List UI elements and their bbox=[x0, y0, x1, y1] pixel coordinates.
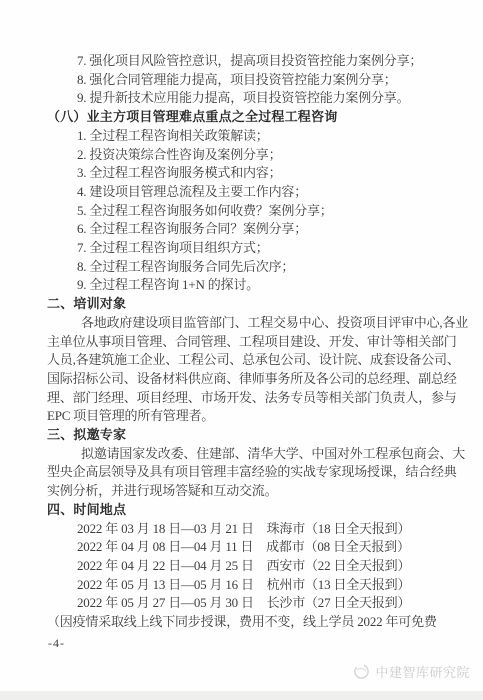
page-bottom-edge bbox=[0, 691, 483, 700]
paragraph-line: 各地政府建设项目监管部门、工程交易中心、投资项目评审中心,各业 bbox=[47, 314, 453, 333]
list-item: 1. 全过程工程咨询相关政策解读； bbox=[47, 127, 453, 146]
list-item: 9. 提升新技术应用能力提高，项目投资管控能力案例分享。 bbox=[47, 89, 453, 108]
paragraph-line: EPC 项目管理的所有管理者。 bbox=[47, 407, 453, 426]
watermark-text: 中建智库研究院 bbox=[375, 662, 470, 681]
list-item: 5. 全过程工程咨询服务如何收费？案例分享； bbox=[47, 202, 453, 221]
paragraph-line: 拟邀请国家发改委、住建部、清华大学、中国对外工程承包商会、大 bbox=[47, 445, 453, 464]
list-item: 3. 全过程工程咨询服务模式和内容； bbox=[47, 164, 453, 183]
list-item: 2. 投资决策综合性咨询及案例分享； bbox=[47, 146, 453, 165]
section-heading: 二、培训对象 bbox=[47, 295, 453, 314]
schedule-line: 2022 年 03 月 18 日—03 月 21 日 珠海市（18 日全天报到） bbox=[47, 520, 453, 539]
paragraph-line: 人员,各建筑施工企业、工程公司、总承包公司、设计院、成套设备公司、 bbox=[47, 351, 453, 370]
note-line: （因疫情采取线上线下同步授课，费用不变，线上学员 2022 年可免费 bbox=[47, 613, 453, 632]
paragraph-line: 理、部门经理、项目经理、市场开发、法务专员等相关部门负责人，参与 bbox=[47, 389, 453, 408]
list-item: 9. 全过程工程咨询 1+N 的探讨。 bbox=[47, 276, 453, 295]
schedule-line: 2022 年 05 月 13 日—05 月 16 日 杭州市（13 日全天报到） bbox=[47, 576, 453, 595]
paragraph-line: 型央企高层领导及具有项目管理丰富经验的实战专家现场授课，结合经典 bbox=[47, 463, 453, 482]
schedule-line: 2022 年 04 月 08 日—04 月 11 日 成都市（08 日全天报到） bbox=[47, 538, 453, 557]
list-item: 7. 强化项目风险管控意识，提高项目投资管控能力案例分享； bbox=[47, 52, 453, 71]
paragraph-line: 主单位从事项目管理、合同管理、工程项目建设、开发、审计等相关部门 bbox=[47, 333, 453, 352]
document-page: 7. 强化项目风险管控意识，提高项目投资管控能力案例分享； 8. 强化合同管理能… bbox=[0, 0, 483, 700]
list-item: 8. 全过程工程咨询服务合同先后次序； bbox=[47, 258, 453, 277]
section-heading: （八）业主方项目管理难点重点之全过程工程咨询 bbox=[47, 108, 453, 127]
list-item: 7. 全过程工程咨询项目组织方式； bbox=[47, 239, 453, 258]
document-body: 7. 强化项目风险管控意识，提高项目投资管控能力案例分享； 8. 强化合同管理能… bbox=[47, 52, 453, 632]
paragraph-line: 实例分析，并进行现场答疑和互动交流。 bbox=[47, 482, 453, 501]
page-number: -4- bbox=[48, 636, 65, 651]
schedule-line: 2022 年 04 月 22 日—04 月 25 日 西安市（22 日全天报到） bbox=[47, 557, 453, 576]
list-item: 6. 全过程工程咨询服务合同？案例分享； bbox=[47, 220, 453, 239]
list-item: 4. 建设项目管理总流程及主要工作内容； bbox=[47, 183, 453, 202]
schedule-line: 2022 年 05 月 27 日—05 月 30 日 长沙市（27 日全天报到） bbox=[47, 594, 453, 613]
section-heading: 四、时间地点 bbox=[47, 501, 453, 520]
list-item: 8. 强化合同管理能力提高，项目投资管控能力案例分享； bbox=[47, 71, 453, 90]
paragraph-line: 国际招标公司、设备材料供应商、律师事务所及各公司的总经理、副总经 bbox=[47, 370, 453, 389]
section-heading: 三、拟邀专家 bbox=[47, 426, 453, 445]
watermark: 中建智库研究院 bbox=[353, 662, 470, 681]
cjzk-swirl-logo-icon bbox=[353, 663, 370, 680]
